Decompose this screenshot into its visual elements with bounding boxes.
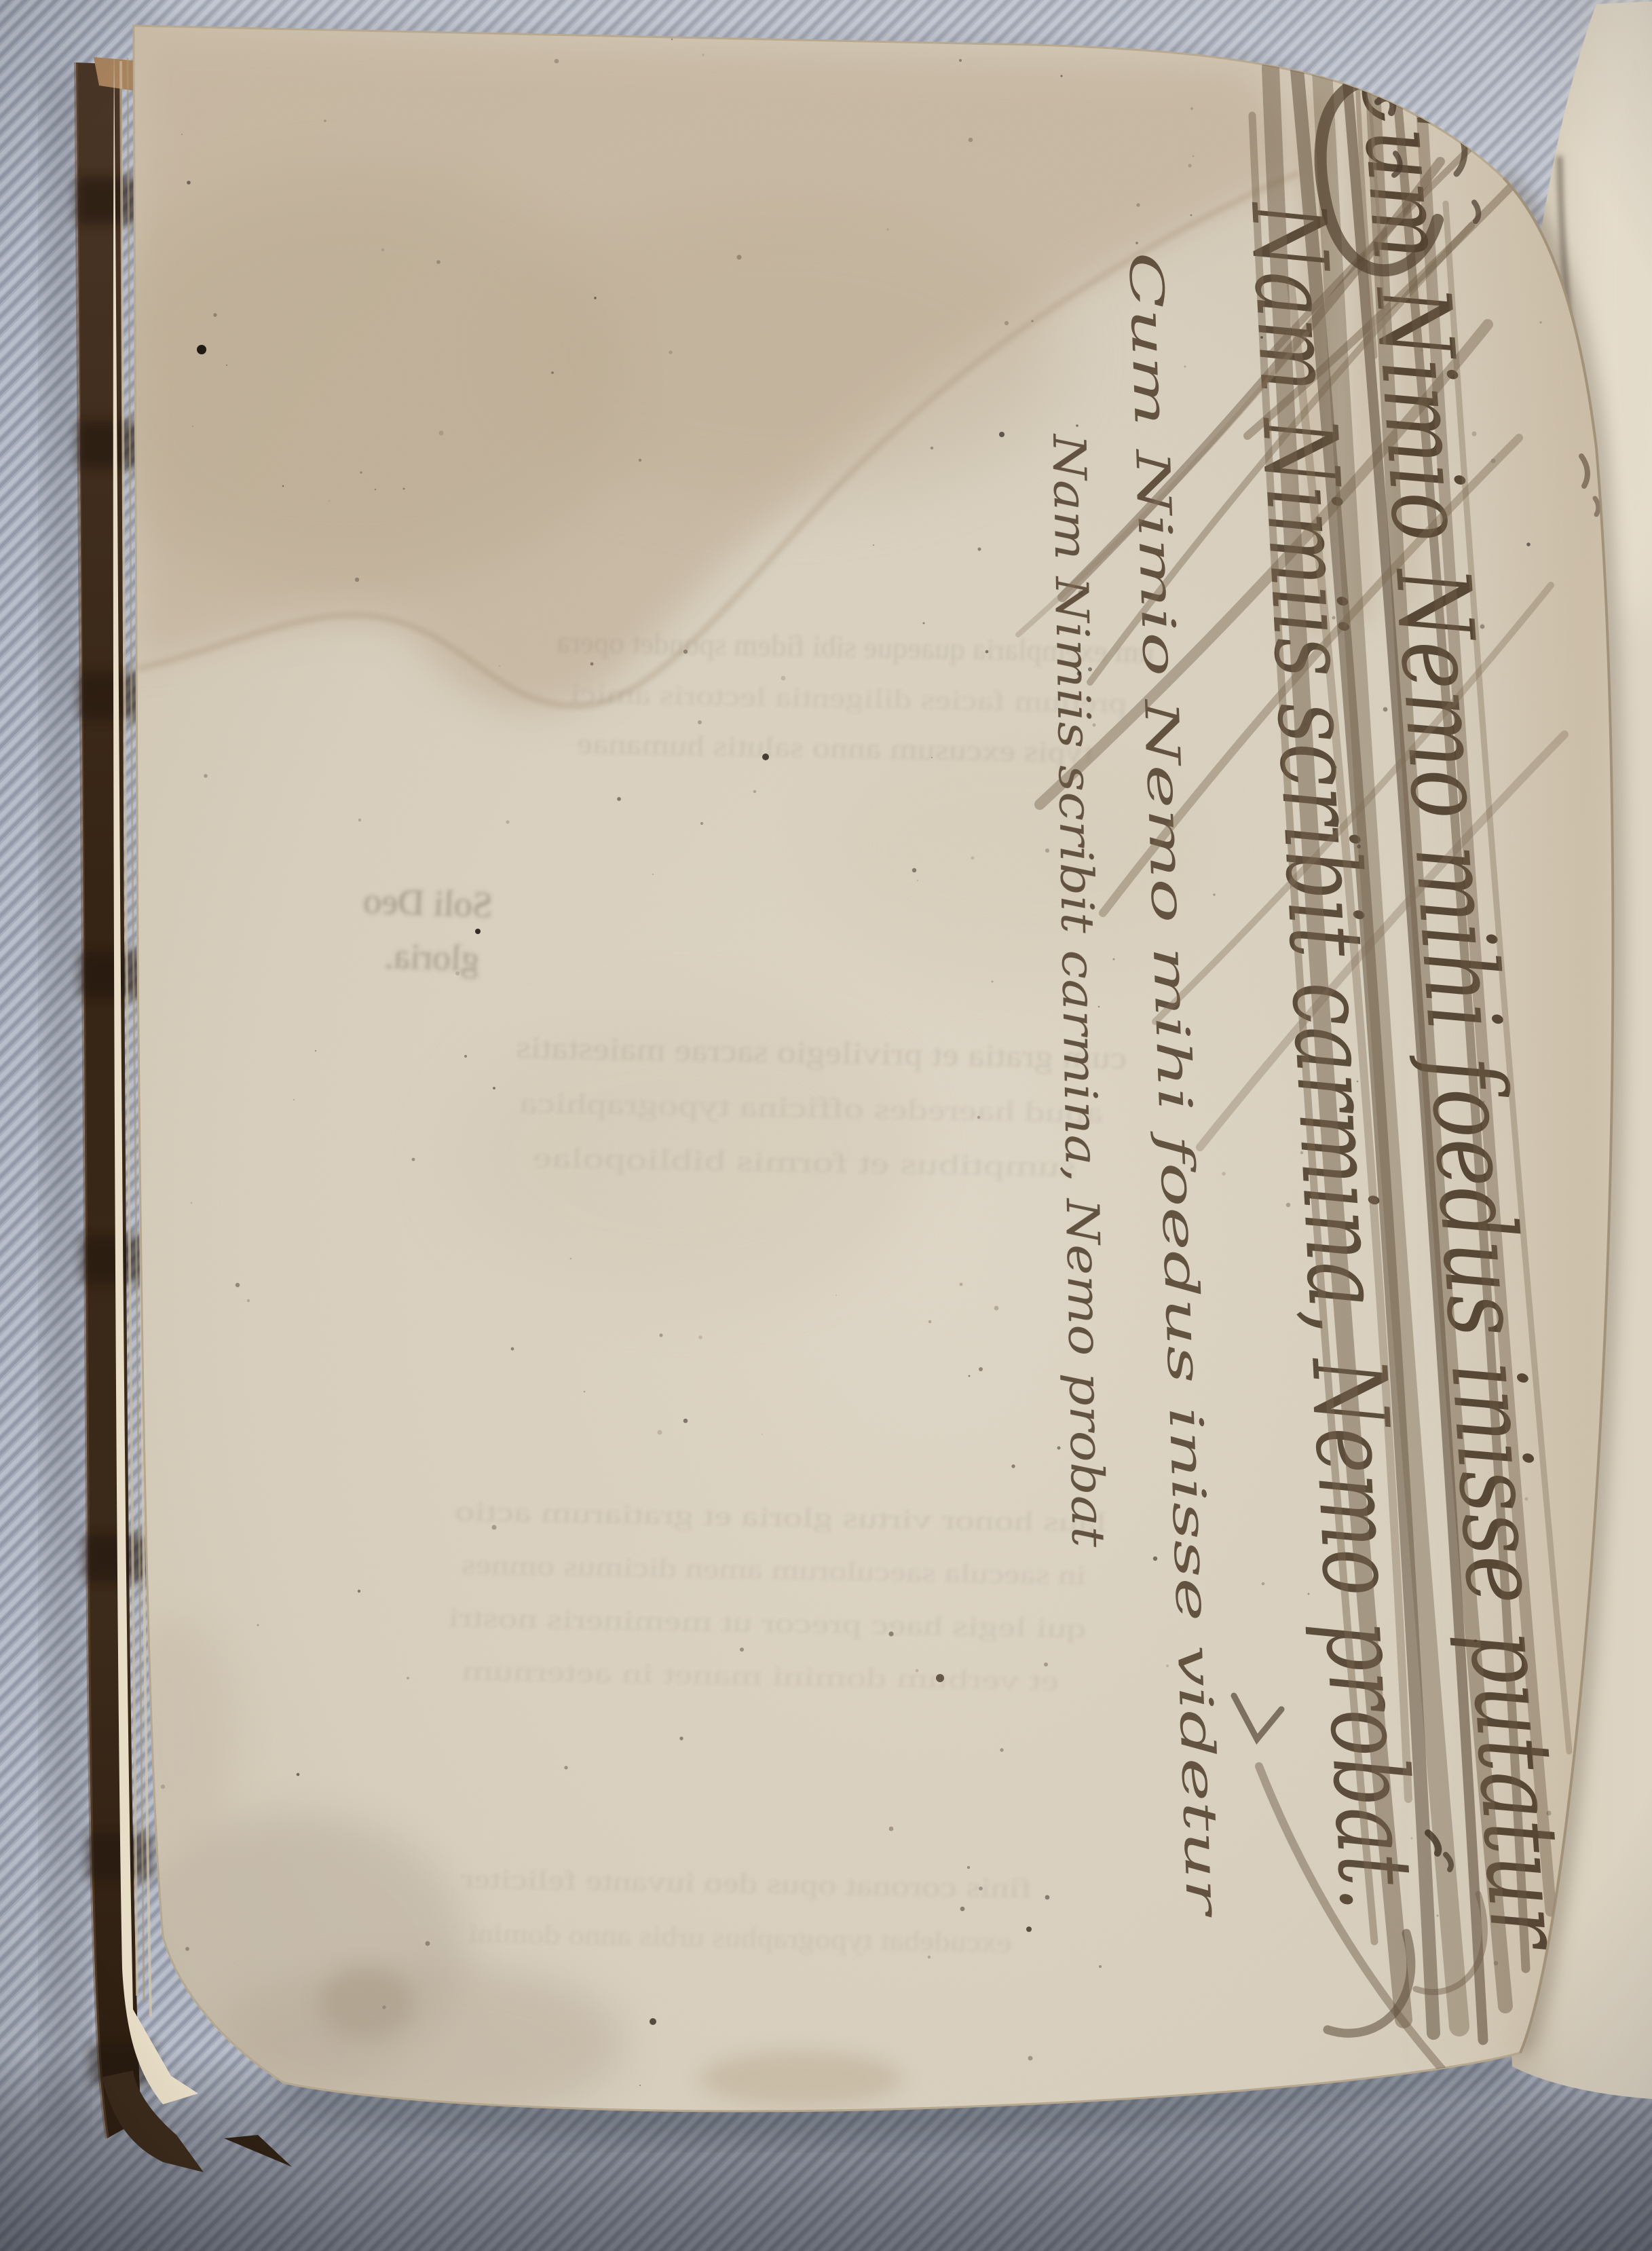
photo-stage: um exemplaria quaeque sibi fidem spondet… — [0, 0, 1652, 2251]
old-book-page-photo: um exemplaria quaeque sibi fidem spondet… — [0, 0, 1652, 2251]
photo-vignette — [0, 0, 1652, 2251]
